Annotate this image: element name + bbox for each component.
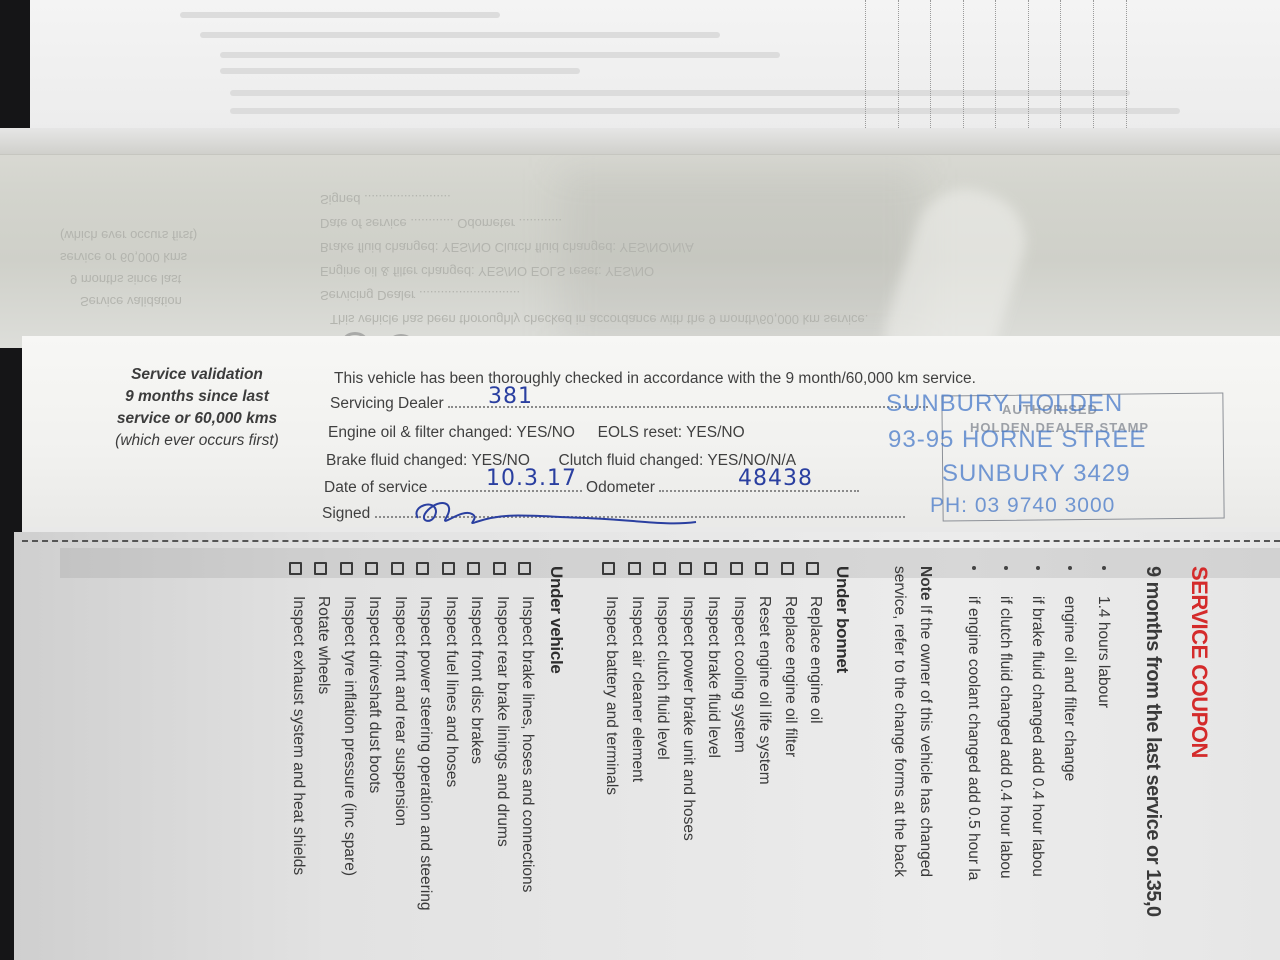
checkbox[interactable] xyxy=(416,562,429,575)
mirrored-text: Signed ........................ xyxy=(320,192,451,207)
oil-row: Engine oil & filter changed: YES/NO EOLS… xyxy=(328,424,745,442)
under-vehicle-heading: Under vehicle xyxy=(546,566,566,674)
under-bonnet-item: Inspect power brake unit and hoses xyxy=(679,596,697,841)
heading-line: service or 60,000 kms xyxy=(82,408,312,430)
note-bold: Note xyxy=(917,566,934,600)
under-bonnet-item: Inspect air cleaner element xyxy=(628,596,646,782)
note-line-2: service, refer to the change forms at th… xyxy=(890,566,908,877)
under-bonnet-item: Inspect battery and terminals xyxy=(602,596,620,795)
perforation-line xyxy=(865,0,866,130)
dealer-row: Servicing Dealer xyxy=(330,394,928,413)
checkbox[interactable] xyxy=(314,562,327,575)
under-vehicle-item: Inspect driveshaft dust boots xyxy=(365,596,383,793)
perforation-line xyxy=(963,0,964,130)
dealer-label: Servicing Dealer xyxy=(330,395,444,412)
under-bonnet-heading: Under bonnet xyxy=(832,566,852,673)
under-vehicle-item: Inspect power steering operation and ste… xyxy=(416,596,434,911)
labour-item: engine oil and filter change xyxy=(1060,596,1078,781)
under-vehicle-item: Rotate wheels xyxy=(314,596,332,694)
mirrored-text: This vehicle has been thoroughly checked… xyxy=(330,312,868,327)
labour-item: if engine coolant changed add 0.5 hour l… xyxy=(964,596,982,880)
eols-reset-label[interactable]: EOLS reset: YES/NO xyxy=(598,424,745,441)
under-bonnet-item: Inspect cooling system xyxy=(730,596,748,753)
under-vehicle-item: Inspect exhaust system and heat shields xyxy=(289,596,307,875)
note-text: If the owner of this vehicle has changed xyxy=(917,600,934,877)
perforation-line xyxy=(1060,0,1061,130)
checkbox[interactable] xyxy=(755,562,768,575)
checkbox[interactable] xyxy=(340,562,353,575)
labour-item: 1.4 hours labour xyxy=(1094,596,1112,708)
stamp-address: 93-95 HORNE STREE xyxy=(888,426,1146,454)
checkbox[interactable] xyxy=(806,562,819,575)
perforation-line xyxy=(1028,0,1029,130)
under-vehicle-item: Inspect brake lines, hoses and connectio… xyxy=(518,596,536,892)
mirrored-text: Service validation xyxy=(80,294,182,309)
stamp-phone: PH: 03 9740 3000 xyxy=(930,494,1115,518)
dealer-handwritten-value: 381 xyxy=(488,384,533,409)
perforation-line xyxy=(930,0,931,130)
stamp-suburb: SUNBURY 3429 xyxy=(942,460,1131,488)
under-bonnet-item: Replace engine oil filter xyxy=(781,596,799,757)
signed-label: Signed xyxy=(322,505,370,522)
under-bonnet-item: Inspect clutch fluid level xyxy=(653,596,671,760)
note-line-1: Note If the owner of this vehicle has ch… xyxy=(916,566,934,877)
checkbox[interactable] xyxy=(602,562,615,575)
under-vehicle-item: Inspect front and rear suspension xyxy=(391,596,409,826)
perforation-line xyxy=(995,0,996,130)
faint-text-line xyxy=(200,32,720,38)
under-vehicle-item: Inspect front disc brakes xyxy=(467,596,485,764)
checkbox[interactable] xyxy=(391,562,404,575)
stamp-dealer-name: SUNBURY HOLDEN xyxy=(886,390,1123,418)
checkbox[interactable] xyxy=(289,562,302,575)
under-vehicle-item: Inspect fuel lines and hoses xyxy=(442,596,460,787)
bullet-icon xyxy=(972,566,976,570)
perforation-line xyxy=(1126,0,1127,130)
folded-flap: (which ever occurs first) service or 60,… xyxy=(0,128,1280,348)
heading-line: (which ever occurs first) xyxy=(82,430,312,452)
checkbox[interactable] xyxy=(730,562,743,575)
mirrored-text: service or 60,000 kms xyxy=(60,250,187,265)
mirrored-text: 9 months since last xyxy=(70,272,181,287)
checkbox[interactable] xyxy=(365,562,378,575)
mirrored-text: Brake fluid changed: YES/NO Clutch fluid… xyxy=(320,240,694,255)
bullet-icon xyxy=(1004,566,1008,570)
mirrored-text: Engine oil & filter changed: YES/NO EOLS… xyxy=(320,264,654,279)
mirrored-text: Date of service ............ Odometer ..… xyxy=(320,216,562,231)
checkbox[interactable] xyxy=(653,562,666,575)
flap-fold-edge xyxy=(0,128,1280,155)
checkbox[interactable] xyxy=(518,562,531,575)
oil-changed-label[interactable]: Engine oil & filter changed: YES/NO xyxy=(328,424,575,441)
faint-text-line xyxy=(220,68,580,74)
checkbox[interactable] xyxy=(467,562,480,575)
labour-item: if clutch fluid changed add 0.4 hour lab… xyxy=(996,596,1014,879)
under-vehicle-item: Inspect rear brake linings and drums xyxy=(493,596,511,847)
tear-off-line xyxy=(22,540,1280,542)
labour-item: if brake fluid changed add 0.4 hour labo… xyxy=(1028,596,1046,877)
checkbox[interactable] xyxy=(442,562,455,575)
checkbox[interactable] xyxy=(493,562,506,575)
shadow xyxy=(60,548,1280,578)
mirrored-text: (which ever occurs first) xyxy=(60,228,197,243)
under-bonnet-item: Reset engine oil life system xyxy=(755,596,773,785)
coupon-subtitle: 9 months from the last service or 135,0 xyxy=(1141,566,1164,917)
validation-heading: Service validation 9 months since last s… xyxy=(82,364,312,452)
service-coupon-page xyxy=(14,532,1280,960)
heading-line: Service validation xyxy=(82,364,312,386)
under-vehicle-item: Inspect tyre inflation pressure (inc spa… xyxy=(340,596,358,876)
checkbox[interactable] xyxy=(628,562,641,575)
checkbox[interactable] xyxy=(781,562,794,575)
date-label: Date of service xyxy=(324,479,427,496)
faint-text-line xyxy=(220,52,780,58)
bullet-icon xyxy=(1102,566,1106,570)
coupon-title: SERVICE COUPON xyxy=(1186,566,1212,758)
mirrored-text: Servicing Dealer .......................… xyxy=(320,288,520,303)
checkbox[interactable] xyxy=(704,562,717,575)
bullet-icon xyxy=(1068,566,1072,570)
perforation-line xyxy=(898,0,899,130)
checkbox[interactable] xyxy=(679,562,692,575)
bullet-icon xyxy=(1036,566,1040,570)
under-bonnet-item: Replace engine oil xyxy=(806,596,824,724)
odometer-label: Odometer xyxy=(586,479,655,496)
perforation-line xyxy=(1093,0,1094,130)
date-handwritten-value: 10.3.17 xyxy=(486,466,577,491)
odometer-handwritten-value: 48438 xyxy=(738,466,813,491)
faint-text-line xyxy=(180,12,500,18)
faint-text-line xyxy=(230,108,1180,114)
heading-line: 9 months since last xyxy=(82,386,312,408)
statement-text: This vehicle has been thoroughly checked… xyxy=(334,370,976,388)
underlying-page xyxy=(30,0,1280,135)
under-bonnet-item: Inspect brake fluid level xyxy=(704,596,722,758)
service-validation-section: Service validation 9 months since last s… xyxy=(22,336,1280,532)
